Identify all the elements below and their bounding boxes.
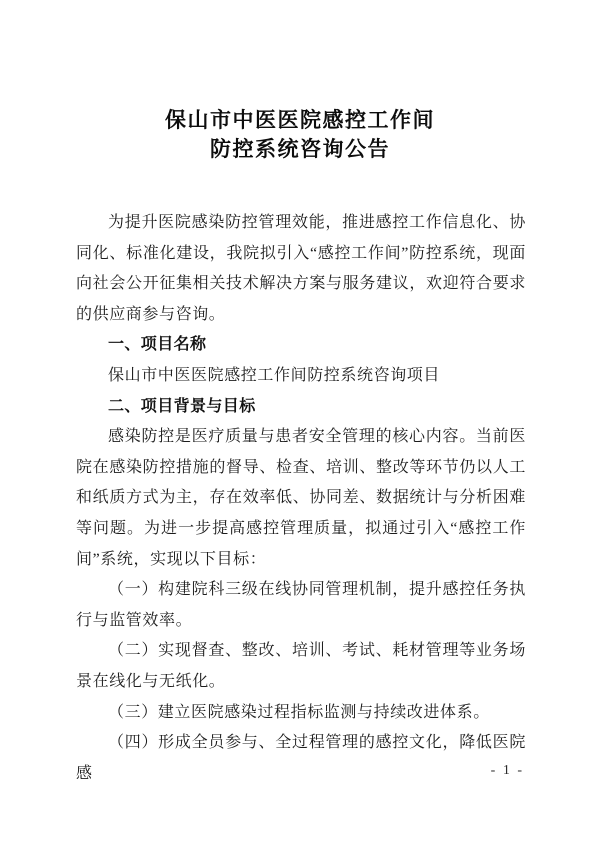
document-title-line1: 保山市中医医院感控工作间: [0, 106, 600, 135]
background-paragraph: 感染防控是医疗质量与患者安全管理的核心内容。当前医院在感染防控措施的督导、检查、…: [76, 422, 526, 575]
goal-item-2: （二）实现督查、整改、培训、考试、耗材管理等业务场景在线化与无纸化。: [76, 636, 526, 697]
section-heading-project-name: 一、项目名称: [76, 330, 526, 361]
section-heading-background-goals: 二、项目背景与目标: [76, 392, 526, 423]
page-number: - 1 -: [491, 763, 524, 779]
document-page: 保山市中医医院感控工作间 防控系统咨询公告 为提升医院感染防控管理效能，推进感控…: [0, 0, 600, 849]
document-title: 保山市中医医院感控工作间 防控系统咨询公告: [0, 106, 600, 164]
goal-item-3: （三）建立医院感染过程指标监测与持续改进体系。: [76, 698, 526, 729]
intro-paragraph: 为提升医院感染防控管理效能，推进感控工作信息化、协同化、标准化建设，我院拟引入“…: [76, 208, 526, 330]
document-title-line2: 防控系统咨询公告: [0, 135, 600, 164]
document-body: 为提升医院感染防控管理效能，推进感控工作信息化、协同化、标准化建设，我院拟引入“…: [76, 208, 526, 789]
goal-item-4: （四）形成全员参与、全过程管理的感控文化，降低医院感: [76, 728, 526, 789]
project-name-paragraph: 保山市中医医院感控工作间防控系统咨询项目: [76, 361, 526, 392]
goal-item-1: （一）构建院科三级在线协同管理机制，提升感控任务执行与监管效率。: [76, 575, 526, 636]
